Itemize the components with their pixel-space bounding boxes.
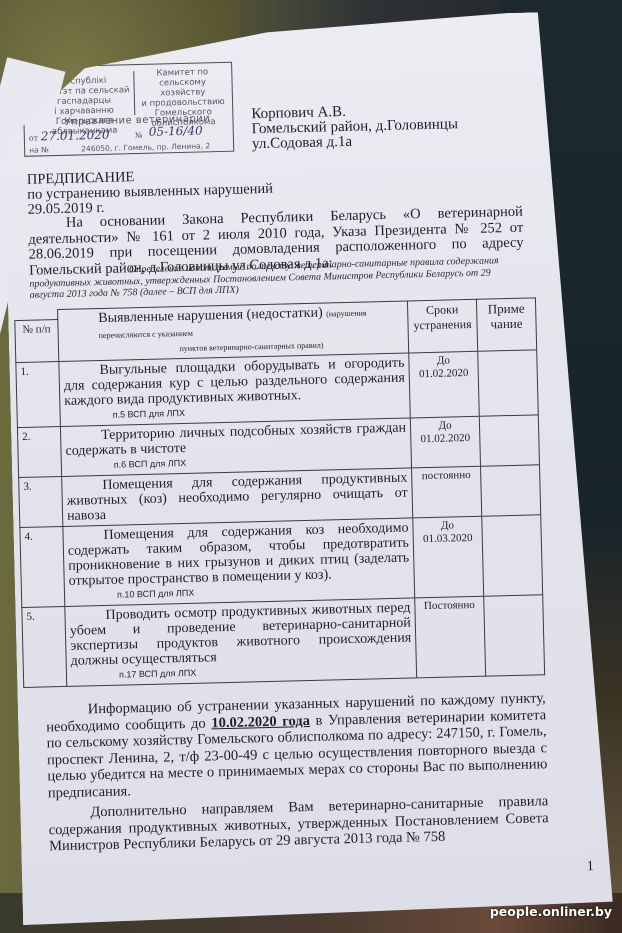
document-page: 03 Рэспублікі Камітэт па сельскай гаспад… xyxy=(1,11,613,925)
row-deadline: До01.02.2020 xyxy=(409,351,480,418)
row-violation: Выгульные площадки оборудывать и огороди… xyxy=(59,353,410,427)
recipient-street: ул.Содовая д.1а xyxy=(252,132,459,152)
closing-paragraph-1: Информацию об устранении указанных наруш… xyxy=(46,690,548,801)
page-number: 1 xyxy=(587,859,594,875)
row-violation: Проводить осмотр продуктивных животных п… xyxy=(65,598,417,687)
recipient-block: Корпович А.В. Гомельский район, д.Голови… xyxy=(251,102,458,152)
row-deadline: постоянно xyxy=(412,466,482,518)
row-note xyxy=(479,415,539,466)
row-number: 2. xyxy=(17,427,61,478)
row-number: 3. xyxy=(19,476,63,527)
violation-text: Проводить осмотр продуктивных животных п… xyxy=(69,601,411,669)
header-note: Приме чание xyxy=(476,298,536,351)
row-note xyxy=(478,350,539,416)
row-number: 1. xyxy=(16,362,61,428)
row-deadline: Постоянно xyxy=(415,596,486,678)
table-row: 4.Помещения для содержания коз необходим… xyxy=(20,515,543,608)
violation-text: Помещения для содержания коз необходимо … xyxy=(67,521,409,589)
row-violation: Помещения для содержания коз необходимо … xyxy=(63,518,415,607)
violation-text: Помещения для содержания продуктивных жи… xyxy=(66,471,408,524)
table-header-row: Выявленные нарушения (недостатки) (наруш… xyxy=(15,298,536,320)
closing-section: Информацию об устранении указанных наруш… xyxy=(46,690,550,855)
row-note xyxy=(482,515,543,596)
row-number: 5. xyxy=(22,606,67,687)
header-deadline: Сроки устранения xyxy=(407,299,477,353)
row-note xyxy=(481,465,541,516)
row-note xyxy=(484,595,545,676)
row-violation: Территорию личных подсобных хозяйств гра… xyxy=(60,418,411,477)
row-deadline: До01.02.2020 xyxy=(410,416,480,468)
closing-paragraph-2: Дополнительно направляем Вам ветеринарно… xyxy=(48,793,549,855)
response-deadline: 10.02.2020 года xyxy=(211,713,310,731)
row-violation: Помещения для содержания продуктивных жи… xyxy=(62,468,413,527)
table-row: 5.Проводить осмотр продуктивных животных… xyxy=(22,595,545,688)
row-deadline: До01.03.2020 xyxy=(413,516,484,598)
stamp-address: на № 246050, г. Гомель, пр. Ленина, 2 xyxy=(29,141,210,154)
stamp-handwritten-ref: 05-16/40 xyxy=(149,123,203,138)
header-violation: Выявленные нарушения (недостатки) (наруш… xyxy=(58,301,409,362)
header-number-label: № п/п xyxy=(15,319,59,362)
violations-table: Выявленные нарушения (недостатки) (наруш… xyxy=(14,297,545,688)
stamp-handwritten-date: 27.01.2020 xyxy=(41,128,110,144)
watermark: people.onliner.by xyxy=(490,904,612,919)
row-number: 4. xyxy=(20,526,65,607)
